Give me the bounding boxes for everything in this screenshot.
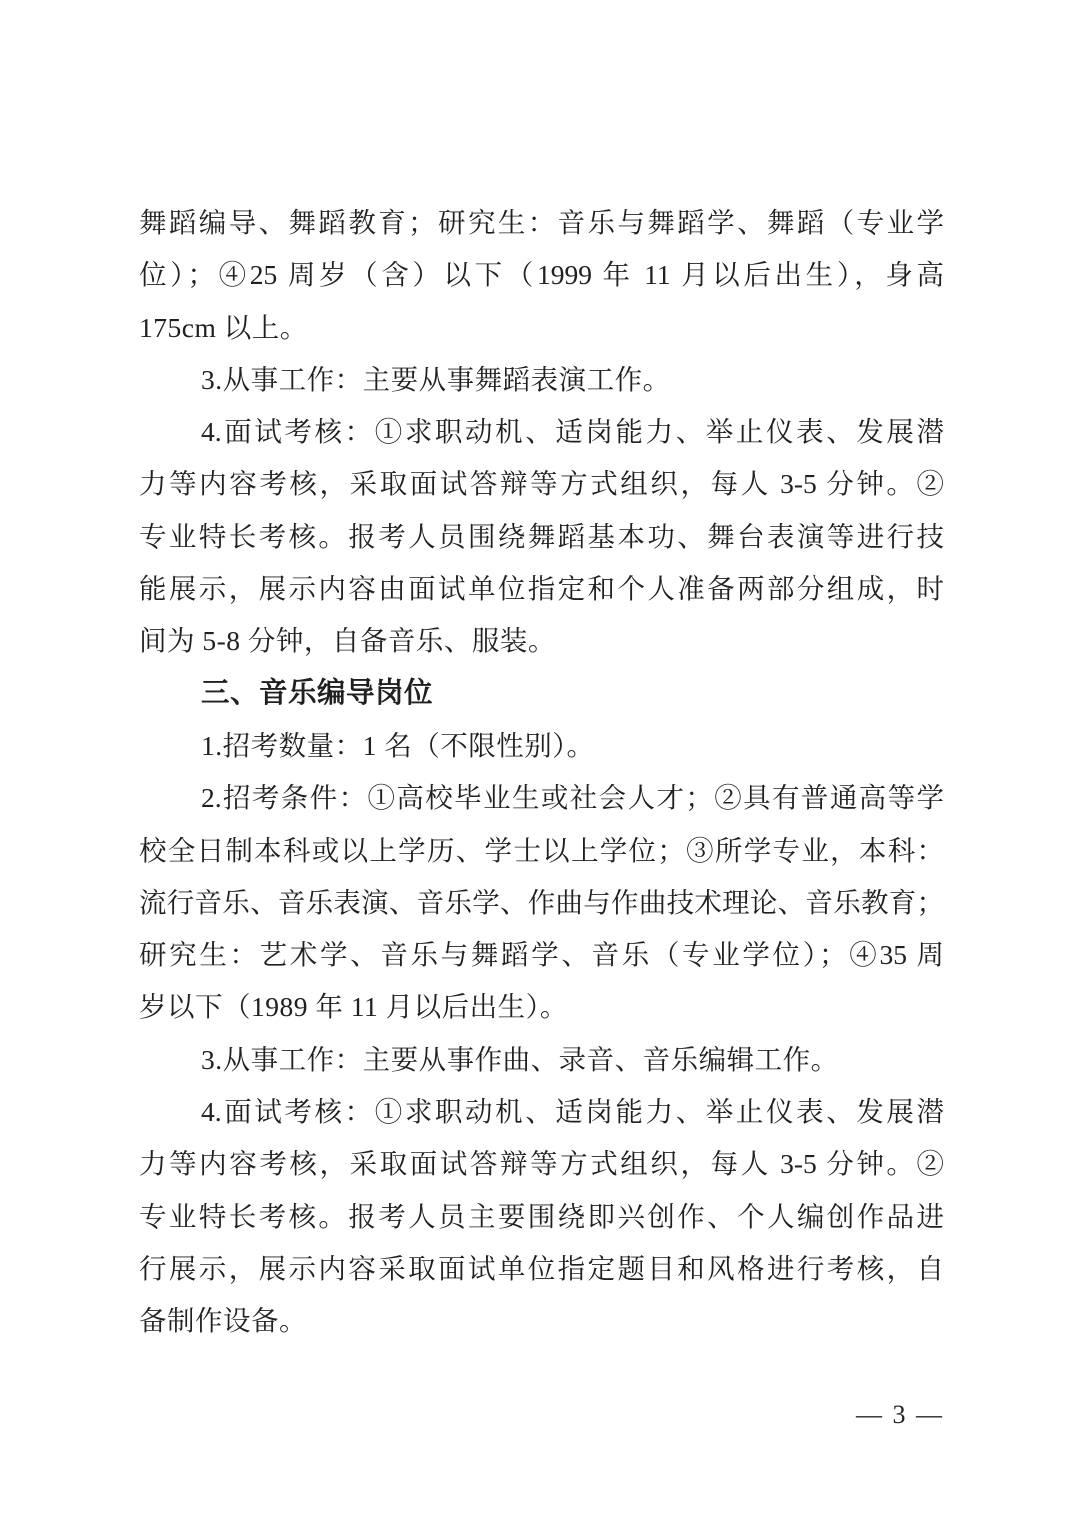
- text-line: 专业特长考核。报考人员围绕舞蹈基本功、舞台表演等进行技: [139, 511, 944, 563]
- text-line: 校全日制本科或以上学历、学士以上学位；③所学专业，本科：: [139, 825, 944, 877]
- text-line: 行展示，展示内容采取面试单位指定题目和风格进行考核，自: [139, 1243, 944, 1295]
- text-line: 4.面试考核：①求职动机、适岗能力、举止仪表、发展潜: [139, 1086, 944, 1138]
- document-body: 舞蹈编导、舞蹈教育；研究生：音乐与舞蹈学、舞蹈（专业学位）；④25 周岁（含）以…: [139, 197, 944, 1348]
- text-line: 能展示，展示内容由面试单位指定和个人准备两部分组成，时: [139, 563, 944, 615]
- section-heading: 三、音乐编导岗位: [139, 668, 944, 720]
- text-line: 备制作设备。: [139, 1295, 944, 1347]
- text-line: 间为 5-8 分钟，自备音乐、服装。: [139, 615, 944, 667]
- text-line: 3.从事工作：主要从事舞蹈表演工作。: [139, 354, 944, 406]
- text-line: 2.招考条件：①高校毕业生或社会人才；②具有普通高等学: [139, 772, 944, 824]
- text-line: 流行音乐、音乐表演、音乐学、作曲与作曲技术理论、音乐教育；: [139, 877, 944, 929]
- text-line: 力等内容考核，采取面试答辩等方式组织，每人 3-5 分钟。②: [139, 458, 944, 510]
- text-line: 4.面试考核：①求职动机、适岗能力、举止仪表、发展潜: [139, 406, 944, 458]
- text-line: 岁以下（1989 年 11 月以后出生）。: [139, 981, 944, 1033]
- text-line: 3.从事工作：主要从事作曲、录音、音乐编辑工作。: [139, 1034, 944, 1086]
- text-line: 175cm 以上。: [139, 302, 944, 354]
- text-line: 力等内容考核，采取面试答辩等方式组织，每人 3-5 分钟。②: [139, 1138, 944, 1190]
- text-line: 研究生：艺术学、音乐与舞蹈学、音乐（专业学位）；④35 周: [139, 929, 944, 981]
- page-number: — 3 —: [856, 1398, 944, 1432]
- document-page: 舞蹈编导、舞蹈教育；研究生：音乐与舞蹈学、舞蹈（专业学位）；④25 周岁（含）以…: [0, 0, 1080, 1525]
- text-line: 1.招考数量：1 名（不限性别）。: [139, 720, 944, 772]
- text-line: 位）；④25 周岁（含）以下（1999 年 11 月以后出生），身高: [139, 249, 944, 301]
- text-line: 专业特长考核。报考人员主要围绕即兴创作、个人编创作品进: [139, 1191, 944, 1243]
- text-line: 舞蹈编导、舞蹈教育；研究生：音乐与舞蹈学、舞蹈（专业学: [139, 197, 944, 249]
